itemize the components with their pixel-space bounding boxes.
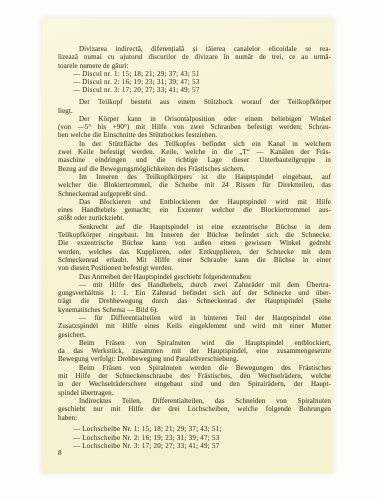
text-line: da das Werkstück, zusammen mit der Haupt… xyxy=(58,347,331,355)
paragraph: Das Blockieren und Entblockieren der Hau… xyxy=(58,198,331,223)
text-line: — für Differentialteilen wird in hintere… xyxy=(58,314,331,322)
paragraph: Divizarea indirectă, diferențială și tăi… xyxy=(58,45,331,70)
text-line: stößt oder zurückzieht. xyxy=(58,214,331,222)
text-line: gesichert. xyxy=(58,331,331,339)
text-line: Bezug auf die Bewegungsmöglichkeiten des… xyxy=(58,165,331,173)
text-line: von diesen Positionen befestigt werden. xyxy=(58,264,331,272)
text-line: Teilkopfkörper eingebaut. Im Inneren der… xyxy=(58,231,331,239)
text-line: Der Teilkopf besteht aus einem Stützbock… xyxy=(58,98,331,106)
text-line: Bewegung verfolgt: Drehbewegung und Para… xyxy=(58,355,331,363)
text-line: Indirecktes Teilen, Differentialteilen, … xyxy=(58,397,331,405)
text-line: Die exzentrische Büchse kann von außen e… xyxy=(58,239,331,247)
text-line: werden, welches das Kupplieren, oder Ent… xyxy=(58,248,331,256)
text-line: haben: xyxy=(58,414,331,422)
text-line: zwei Keile befestigt werden. Keile, welc… xyxy=(58,148,331,156)
text-line: maschine eindringen und die richtige Lag… xyxy=(58,156,331,164)
page-number: 8 xyxy=(58,449,62,457)
list-item: — Lochscheibe Nr. 1: 15; 18; 21; 29; 37;… xyxy=(58,425,331,433)
list-item: — Discul nr. 3: 17; 20; 27; 33; 41; 49; … xyxy=(58,86,331,94)
text-line: spindel übertragen. xyxy=(58,389,331,397)
paragraph: Das Antreiben der Hauptspindel geschieht… xyxy=(58,273,331,281)
paragraph: Der Körper kann in Orisontalposition ode… xyxy=(58,115,331,140)
text-line: Schneckenrad erlaubt. Mit Hilfe einer Sc… xyxy=(58,256,331,264)
text-line: Schneckenrad aufgepreßt sind. xyxy=(58,190,331,198)
text-line: — mit Hilfe des Handhebels, durch zwei Z… xyxy=(58,281,331,289)
paragraph: Im Inneren des Teilkopfkörpers ist die H… xyxy=(58,173,331,198)
paragraph: Der Teilkopf besteht aus einem Stützbock… xyxy=(58,98,331,115)
text-line: geschieht nur mit Hilfe der drei Lochsch… xyxy=(58,405,331,413)
text-line: In der Stützfläche des Teilkopfes befind… xyxy=(58,140,331,148)
book-page: Divizarea indirectă, diferențială și tăi… xyxy=(42,18,333,473)
text-line: Im Inneren des Teilkopfkörpers ist die H… xyxy=(58,173,331,181)
text-line: toarele numere de găuri: xyxy=(58,62,331,70)
list-item: — Lochscheibe Nr. 3: 17; 20; 27; 33; 41;… xyxy=(58,442,331,450)
text-line: kynematisches Schema — Bild 6). xyxy=(58,306,331,314)
paragraph: Indirecktes Teilen, Differentialteilen, … xyxy=(58,397,331,422)
paragraph: Beim Fräsen von Spiralnuten wird die Hau… xyxy=(58,339,331,364)
text-line: liegt. xyxy=(58,107,331,115)
paragraph: — mit Hilfe des Handhebels, durch zwei Z… xyxy=(58,281,331,314)
hole-count-list: — Lochscheibe Nr. 1: 15; 18; 21; 29; 37;… xyxy=(58,425,331,450)
text-line: Senkrecht auf die Hauptspindel ist eine … xyxy=(58,223,331,231)
text-line: mit Hilfe der Schneckenschraube des Fräs… xyxy=(58,372,331,380)
hole-count-list: — Discul nr. 1: 15; 18; 21; 29; 37; 43; … xyxy=(58,70,331,95)
text-line: eines Handhebels gemacht; ein Exzenter w… xyxy=(58,206,331,214)
text-line: Beim Fräsen von Spiralnuten wird die Hau… xyxy=(58,339,331,347)
text-line: Divizarea indirectă, diferențială și tăi… xyxy=(58,45,331,53)
text-line: trägt die Drehbewegung durch das Schneck… xyxy=(58,297,331,305)
text-line: ben welche die Einschnitte des Stützbock… xyxy=(58,131,331,139)
page-text: Divizarea indirectă, diferențială și tăi… xyxy=(58,45,331,450)
list-item: — Discul nr. 1: 15; 18; 21; 29; 37; 43; … xyxy=(58,70,331,78)
text-line: gungsverhältnis 1: 1. Ein Zahnrad befind… xyxy=(58,289,331,297)
paragraph: — für Differentialteilen wird in hintere… xyxy=(58,314,331,339)
text-line: lizează numai cu ajutorul discurilor de … xyxy=(58,53,331,61)
text-line: Das Antreiben der Hauptspindel geschieht… xyxy=(58,273,331,281)
list-item: — Discul nr. 2: 16; 19; 23; 31; 39; 47; … xyxy=(58,78,331,86)
text-line: Das Blockieren und Entblockieren der Hau… xyxy=(58,198,331,206)
paragraph: In der Stützfläche des Teilkopfes befind… xyxy=(58,140,331,173)
text-line: Der Körper kann in Orisontalposition ode… xyxy=(58,115,331,123)
text-line: in der Wechselräderschere eingebaut sind… xyxy=(58,380,331,388)
text-line: Zusatzspindel mit Hilfe eines Keils eing… xyxy=(58,322,331,330)
paragraph: Beim Fräsen von Spiralnuten werden die B… xyxy=(58,364,331,397)
text-line: welcher die Blokiertrommel, die Scheibe … xyxy=(58,181,331,189)
text-line: (von —5° bis +90°) mit Hilfe von zwei Sc… xyxy=(58,123,331,131)
list-item: — Lochscheibe Nr. 2: 16; 19; 23; 31; 39;… xyxy=(58,434,331,442)
text-line: Beim Fräsen von Spiralnuten werden die B… xyxy=(58,364,331,372)
paragraph: Senkrecht auf die Hauptspindel ist eine … xyxy=(58,223,331,273)
